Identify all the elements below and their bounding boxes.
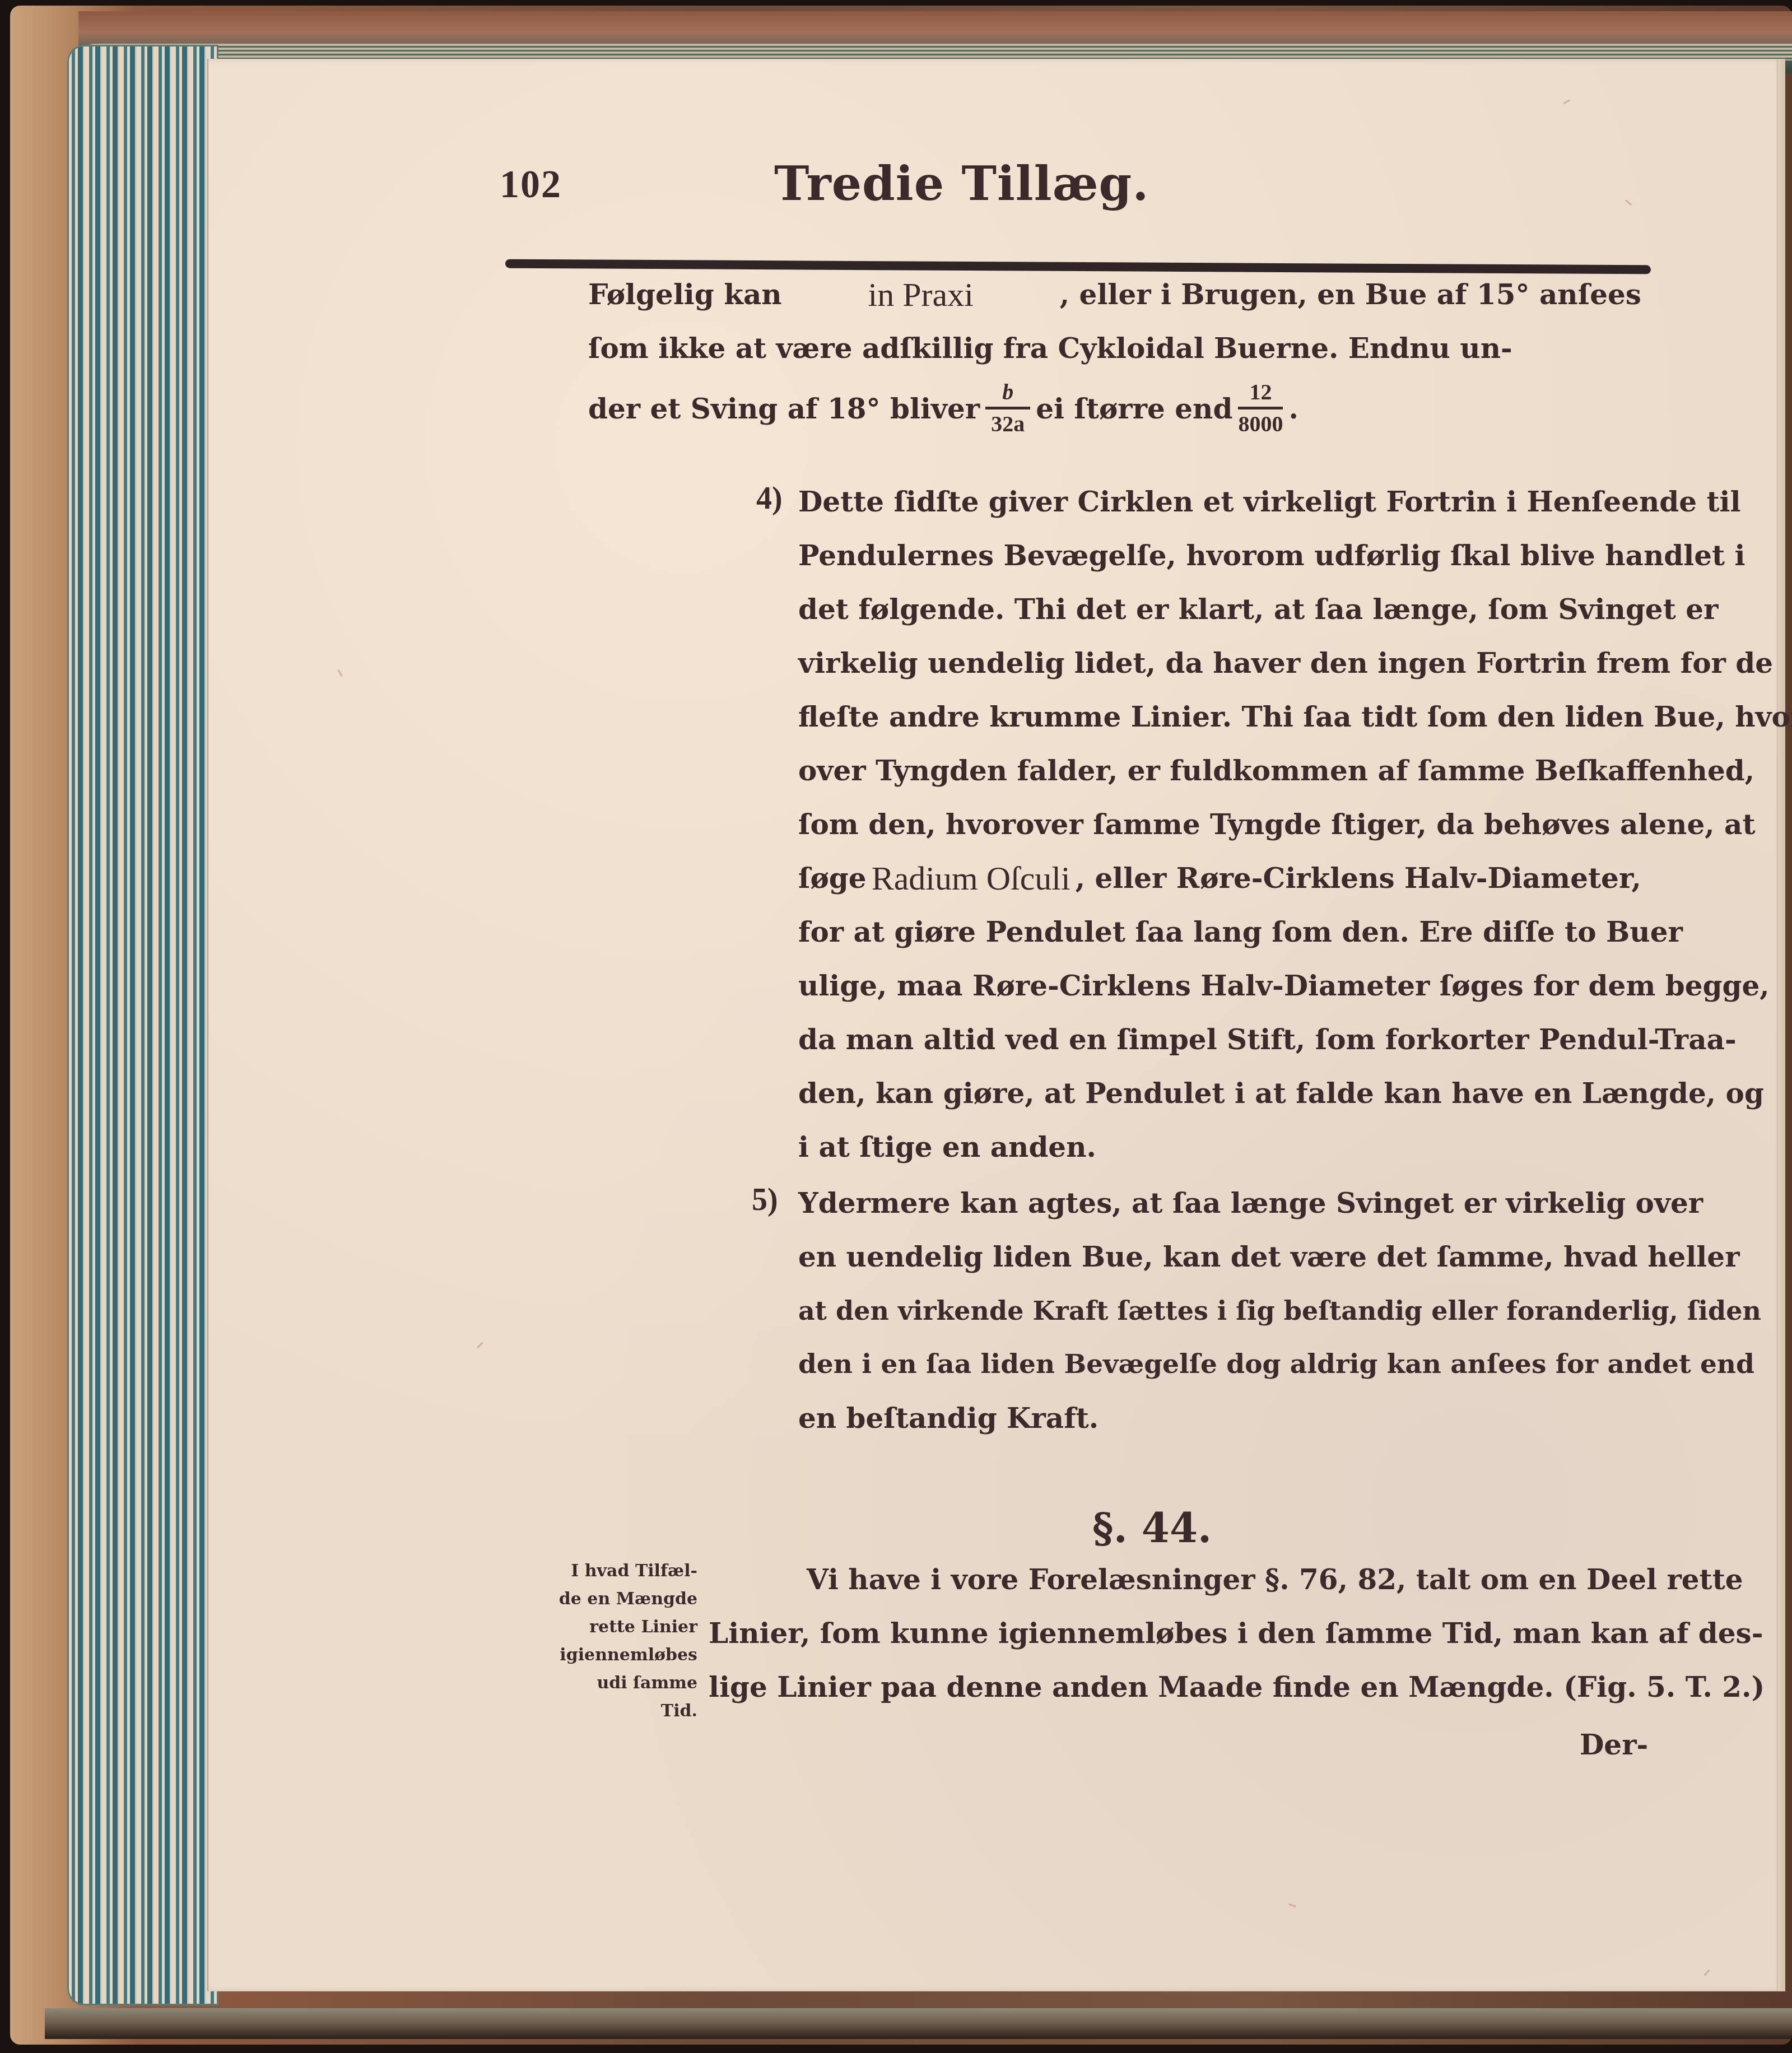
fraction-12-over-8000: 12 8000 [1238, 381, 1283, 435]
text-line: det følgende. Thi det er klart, at ſaa l… [798, 583, 1641, 636]
section-44-body: Linier, ſom kunne igiennemløbes i den ſa… [709, 1607, 1641, 1714]
item-5-paragraph: Ydermere kan agtes, at ſaa længe Svinget… [798, 1176, 1641, 1445]
running-title: Tredie Tillæg. [774, 156, 1149, 211]
text-line: i at ſtige en anden. [798, 1120, 1641, 1174]
page-number: 102 [500, 162, 562, 207]
fraction-numerator: 12 [1249, 381, 1272, 403]
text-line: at den virkende Kraft ſættes i ſig beſta… [798, 1284, 1641, 1338]
item-marker-4: 4) [756, 481, 783, 516]
section-heading: §. 44. [1092, 1504, 1212, 1552]
text-line: over Tyngden falder, er fuldkommen af ſa… [798, 744, 1641, 798]
section-44-first-line: Vi have i vore Forelæsninger §. 76, 82, … [807, 1553, 1641, 1607]
fraction-bar [1238, 407, 1283, 409]
text-line: Ydermere kan agtes, at ſaa længe Svinget… [798, 1176, 1641, 1230]
text-span: der et Sving af 18° bliver [588, 382, 980, 436]
text-line: Linier, ſom kunne igiennemløbes i den ſa… [709, 1607, 1641, 1660]
running-head: 102 Tredie Tillæg. [500, 151, 1656, 213]
text-line: en beſtandig Kraft. [798, 1391, 1641, 1445]
catchword: Der- [1580, 1728, 1648, 1761]
fraction-b-over-32a: b 32a [985, 381, 1030, 435]
item-4-paragraph: Dette ſidſte giver Cirklen et virkeligt … [798, 475, 1641, 529]
text-span: ei ſtørre end [1036, 382, 1232, 436]
marginal-note-line: igiennemløbes [557, 1641, 697, 1669]
text-line-radium-osculi: ſøge Radium Oſculi , eller Røre-Cirklens… [798, 851, 1641, 905]
marginal-note-line: de en Mængde [557, 1585, 697, 1613]
text-line: da man altid ved en ſimpel Stift, ſom fo… [798, 1013, 1641, 1067]
text-span: ſom ikke at være adſkillig fra Cykloidal… [588, 322, 1512, 375]
text-line: Følgelig kan in Praxi , eller i Brugen, … [588, 268, 1641, 322]
text-line: den, kan giøre, at Pendulet i at falde k… [798, 1067, 1641, 1120]
item-4-paragraph-body: Pendulernes Bevægelſe, hvorom udførlig ſ… [798, 529, 1641, 1174]
text-line: ſom den, hvorover ſamme Tyngde ſtiger, d… [798, 798, 1641, 851]
latin-phrase: in Praxi [868, 268, 974, 322]
page-stack-top-edge [78, 44, 1792, 60]
fraction-bar [985, 407, 1030, 409]
item-marker-5: 5) [752, 1182, 778, 1218]
text-line: Dette ſidſte giver Cirklen et virkeligt … [798, 475, 1641, 529]
text-line: virkelig uendelig lidet, da haver den in… [798, 636, 1641, 690]
fraction-numerator: b [1002, 379, 1013, 404]
text-line: Vi have i vore Forelæsninger §. 76, 82, … [807, 1553, 1641, 1607]
marginal-note-line: udi ſamme Tid. [557, 1669, 697, 1725]
text-span: , eller i Brugen, en Bue af 15° anſees [1060, 268, 1641, 322]
text-line: ſom ikke at være adſkillig fra Cykloidal… [588, 322, 1641, 375]
page-fore-edge [1777, 59, 1785, 1991]
fraction-denominator: 8000 [1238, 413, 1283, 435]
text-line-with-fractions: der et Sving af 18° bliver b 32a ei ſtør… [588, 375, 1641, 443]
book-cover-bottom-edge [45, 2008, 1792, 2039]
marginal-note: I hvad Tilfæl- de en Mængde rette Linier… [557, 1557, 697, 1725]
fraction-denominator: 32a [991, 413, 1025, 435]
text-span: . [1288, 382, 1298, 436]
text-line: lige Linier paa denne anden Maade finde … [709, 1660, 1641, 1714]
text-line: ulige, maa Røre-Cirklens Halv-Diameter ſ… [798, 959, 1641, 1013]
page-stack-left-edge [67, 45, 218, 2005]
text-line: fleſte andre krumme Linier. Thi ſaa tidt… [798, 690, 1641, 744]
text-span: Følgelig kan [588, 268, 782, 322]
text-line: en uendelig liden Bue, kan det være det … [798, 1230, 1641, 1284]
text-line: Pendulernes Bevægelſe, hvorom udførlig ſ… [798, 529, 1641, 583]
marginal-note-line: I hvad Tilfæl- [557, 1557, 697, 1585]
text-line: for at giøre Pendulet ſaa lang ſom den. … [798, 905, 1641, 959]
paragraph-continuation: Følgelig kan in Praxi , eller i Brugen, … [588, 268, 1641, 443]
text-line: den i en ſaa liden Bevægelſe dog aldrig … [798, 1338, 1641, 1391]
marginal-note-line: rette Linier [557, 1613, 697, 1641]
